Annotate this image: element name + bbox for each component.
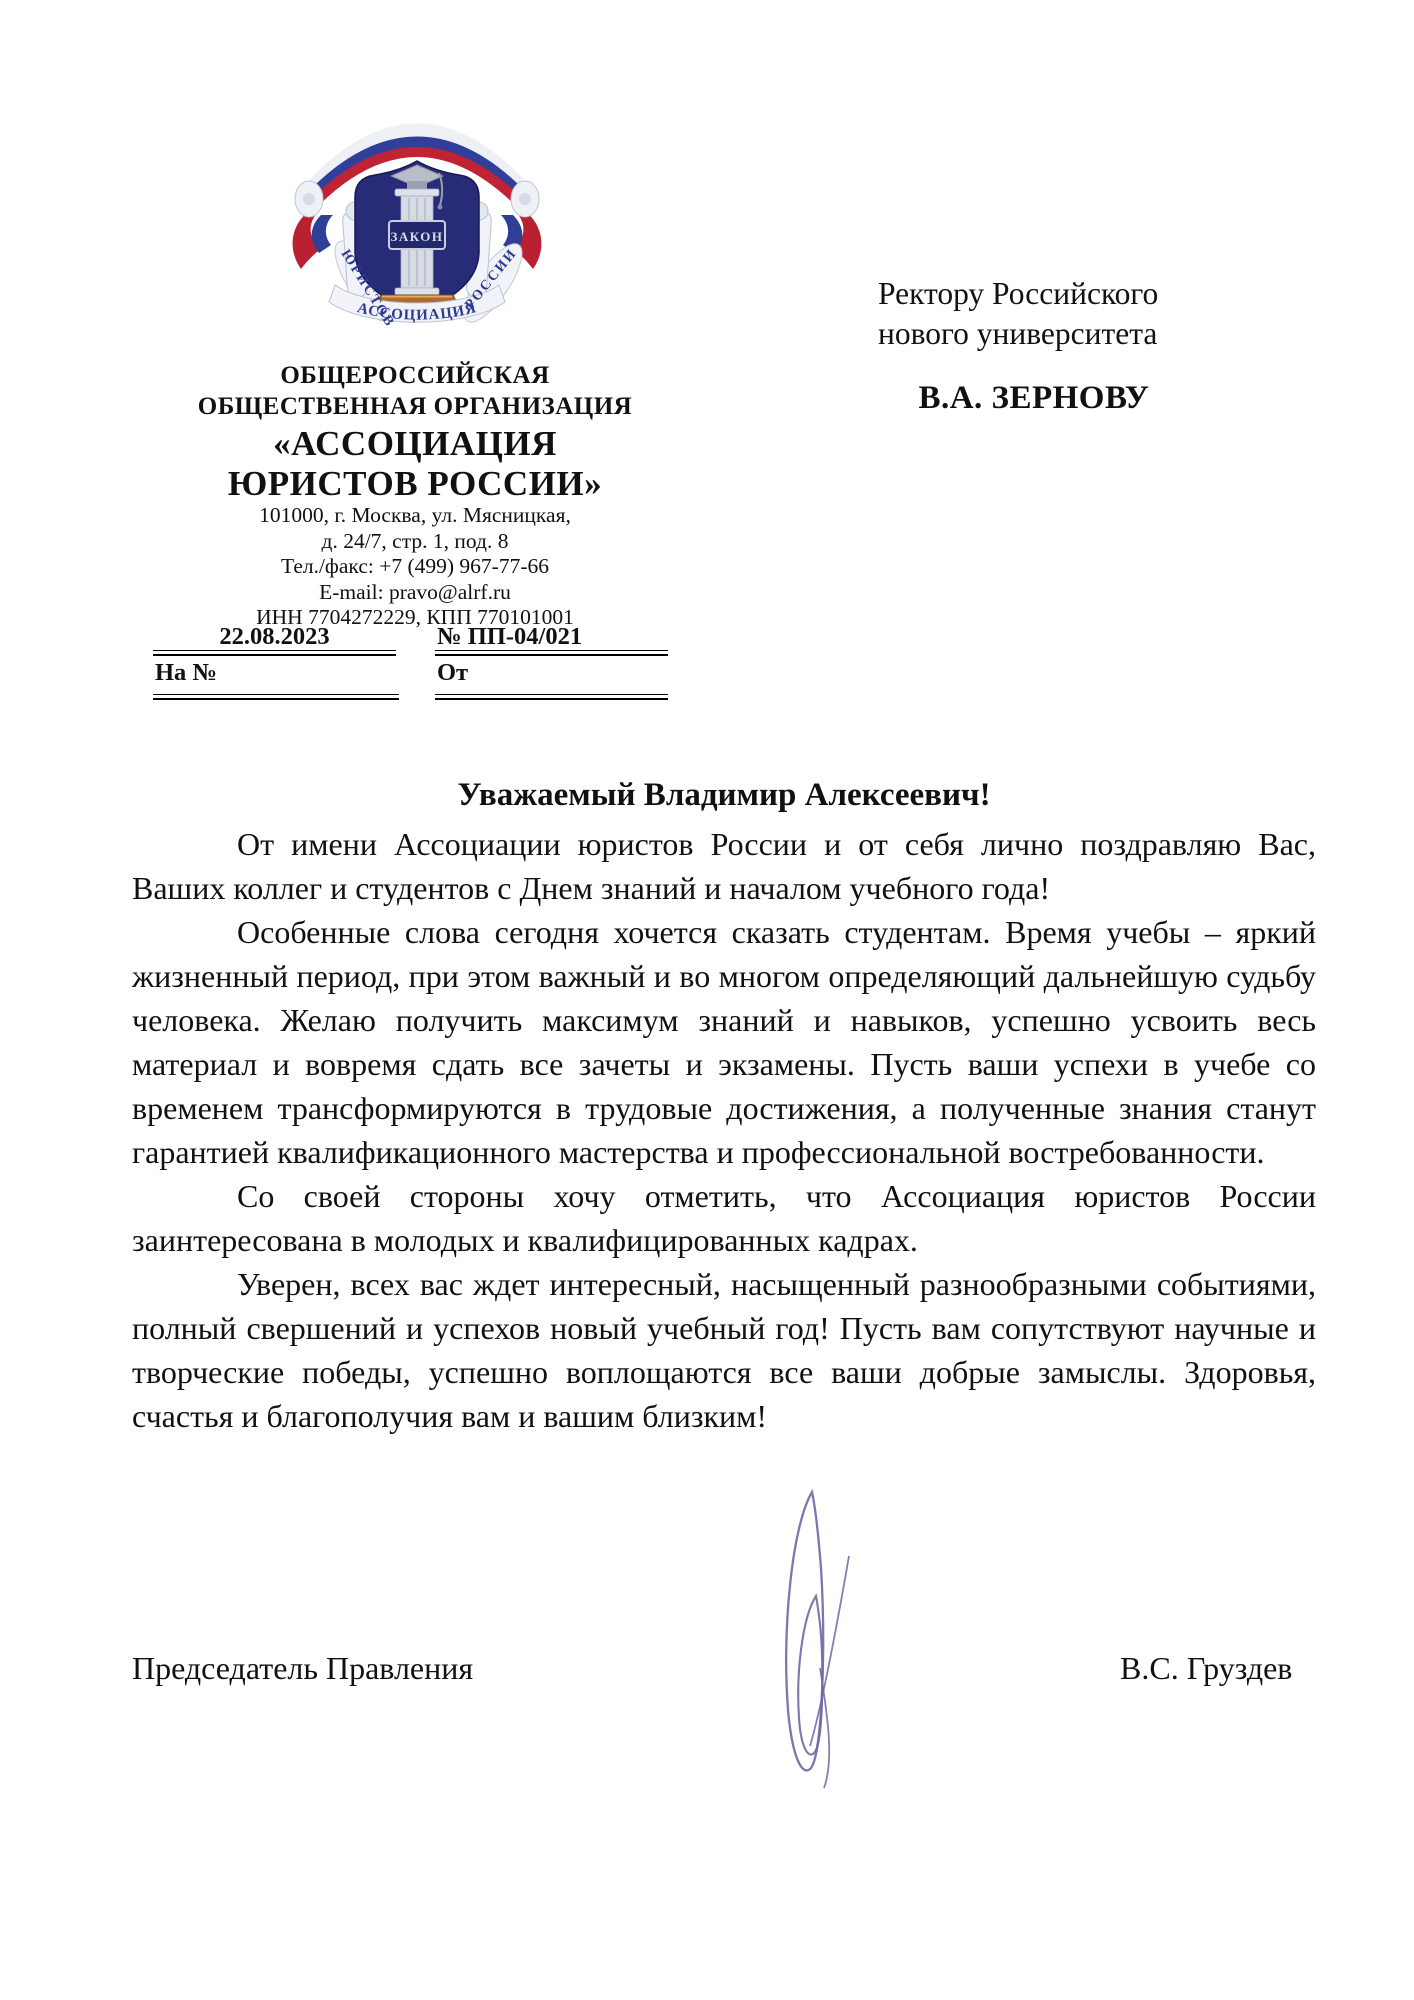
- org-name-line-1: ОБЩЕРОССИЙСКАЯ: [140, 360, 690, 391]
- body-paragraph-3: Со своей стороны хочу отметить, что Ассо…: [132, 1174, 1316, 1262]
- body-paragraph-2: Особенные слова сегодня хочется сказать …: [132, 910, 1316, 1174]
- address-block: 101000, г. Москва, ул. Мясницкая, д. 24/…: [140, 503, 690, 631]
- signature-stroke-diagonal: [810, 1556, 849, 1746]
- signer-name: В.С. Груздев: [1120, 1650, 1292, 1687]
- letter-body: Уважаемый Владимир Алексеевич! От имени …: [132, 772, 1316, 1438]
- column-capital: [395, 189, 439, 196]
- number-field-rule: [435, 650, 668, 656]
- recipient-line-2: нового университета: [878, 314, 1190, 354]
- org-name-line-4: ЮРИСТОВ РОССИИ»: [140, 464, 690, 504]
- date-field-rule: [153, 650, 396, 656]
- from-label: От: [437, 660, 468, 686]
- recipient-line-1: Ректору Российского: [878, 274, 1190, 314]
- salutation: Уважаемый Владимир Алексеевич!: [132, 772, 1316, 818]
- letter-page: ЗАКОН АССОЦИАЦИЯ ЮРИСТОВ РОССИИ ОБЩЕРОСС…: [0, 0, 1414, 2000]
- association-emblem: ЗАКОН АССОЦИАЦИЯ ЮРИСТОВ РОССИИ: [283, 103, 551, 328]
- address-line-2: д. 24/7, стр. 1, под. 8: [140, 529, 690, 555]
- signer-title: Председатель Правления: [132, 1650, 473, 1687]
- doc-number: № ПП-04/021: [437, 624, 582, 650]
- body-paragraph-4: Уверен, всех вас ждет интересный, насыще…: [132, 1262, 1316, 1438]
- address-line-1: 101000, г. Москва, ул. Мясницкая,: [140, 503, 690, 529]
- body-paragraph-1: От имени Ассоциации юристов России и от …: [132, 822, 1316, 910]
- date-value: 22.08.2023: [153, 624, 396, 650]
- address-line-3: Тел./факс: +7 (499) 967-77-66: [140, 554, 690, 580]
- address-line-4: E-mail: pravo@alrf.ru: [140, 580, 690, 606]
- plaque-text: ЗАКОН: [390, 229, 443, 244]
- handwritten-signature: [752, 1478, 872, 1808]
- org-name-block: ОБЩЕРОССИЙСКАЯ ОБЩЕСТВЕННАЯ ОРГАНИЗАЦИЯ …: [140, 360, 690, 504]
- ref-number-label: На №: [155, 660, 217, 686]
- org-name-line-2: ОБЩЕСТВЕННАЯ ОРГАНИЗАЦИЯ: [140, 391, 690, 422]
- recipient-block: Ректору Российского нового университета …: [878, 274, 1190, 418]
- ref-field-rule: [153, 694, 399, 700]
- org-name-line-3: «АССОЦИАЦИЯ: [140, 424, 690, 464]
- from-field-rule: [435, 694, 668, 700]
- recipient-name: В.А. ЗЕРНОВУ: [878, 378, 1190, 418]
